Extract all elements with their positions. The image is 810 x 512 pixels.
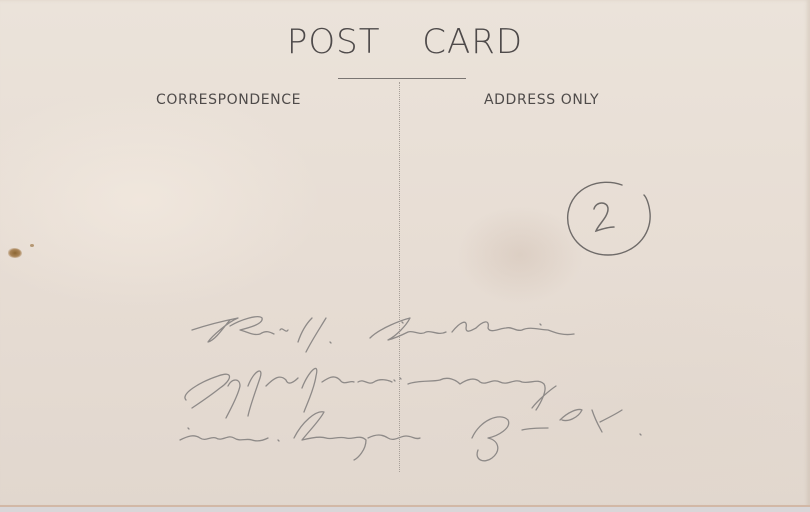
pencil-handwriting-icon bbox=[170, 300, 660, 480]
pencil-circle-icon bbox=[560, 175, 660, 265]
postcard-title: POST CARD bbox=[0, 22, 810, 62]
card-bottom-edge bbox=[0, 505, 810, 507]
circled-number-annotation: 2 bbox=[560, 175, 660, 265]
postcard-back: POST CARD CORRESPONDENCE ADDRESS ONLY 2 bbox=[0, 0, 810, 507]
title-underline bbox=[338, 78, 466, 79]
stain-speck bbox=[30, 244, 34, 247]
stain-mark bbox=[8, 248, 22, 258]
correspondence-label: CORRESPONDENCE bbox=[156, 92, 301, 108]
handwritten-caption: Russ. Artillerie Gefechtsübung im Lager … bbox=[170, 300, 660, 480]
address-label: ADDRESS ONLY bbox=[484, 92, 599, 108]
